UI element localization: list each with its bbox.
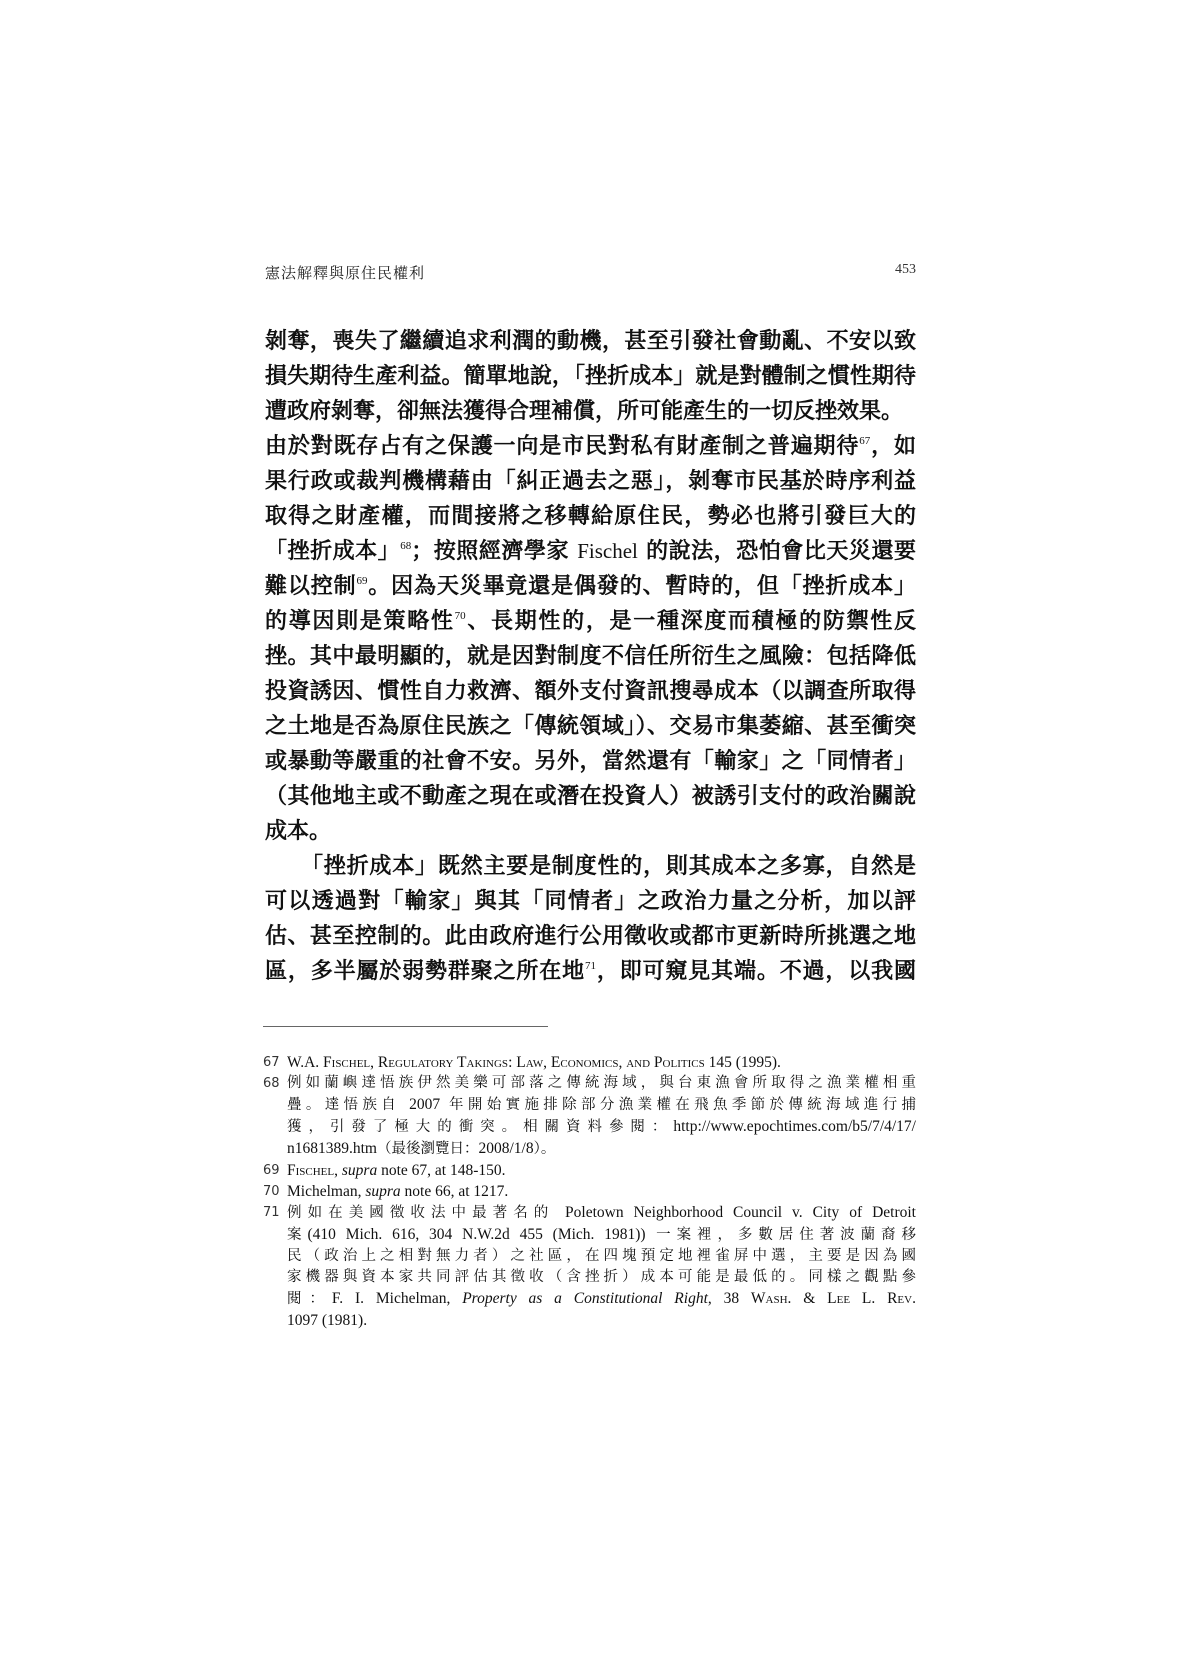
text-run: 年開始實施排除部分漁業權在飛魚季節於傳統海域進行捕 xyxy=(440,1097,916,1113)
text-run: 遭政府剝奪，卻無法獲得合理補償，所可能產生的一切反挫效果。 xyxy=(265,399,903,424)
body-line: 「挫折成本」既然主要是制度性的，則其成本之多寡，自然是 xyxy=(265,849,916,884)
footnote-line: 案(410 Mich. 616, 304 N.W.2d 455 (Mich. 1… xyxy=(287,1224,916,1246)
text-run: 剝奪，喪失了繼續追求利潤的動機，甚至引發社會動亂、不安以致 xyxy=(265,329,916,354)
text-run: 或暴動等嚴重的社會不安。另外，當然還有「輸家」之「同情者」 xyxy=(265,749,916,774)
footnote-number: 71 xyxy=(263,1202,280,1223)
body-line: 果行政或裁判機構藉由「糾正過去之惡」，剝奪市民基於時序利益 xyxy=(265,464,916,499)
year: 2007 xyxy=(409,1096,440,1113)
text-run: 例如在美國徵收法中最著名的 xyxy=(287,1205,565,1221)
body-line: 估、甚至控制的。此由政府進行公用徵收或都市更新時所挑選之地 xyxy=(265,919,916,954)
text-run: 獲，引發了極大的衝突。相關資料參閱： xyxy=(287,1119,673,1135)
page-number: 453 xyxy=(895,262,916,278)
text-run: 之土地是否為原住民族之「傳統領域」）、交易市集萎縮、甚至衝突 xyxy=(265,714,916,739)
book-title: Economics xyxy=(551,1054,619,1071)
footnote-line: 1097 (1981). xyxy=(287,1310,916,1331)
footnote-line: W.A. Fischel, Regulatory Takings: Law, E… xyxy=(287,1052,916,1073)
reference-url[interactable]: http://www.epochtimes.com/b5/7/4/17/ xyxy=(673,1118,916,1135)
footnote-70: 70 Michelman, supra note 66, at 1217. xyxy=(263,1181,916,1202)
body-line: 的導因則是策略性70、長期性的，是一種深度而積極的防禦性反 xyxy=(265,604,916,639)
body-line: 成本。 xyxy=(265,814,916,849)
text-run: 區，多半屬於弱勢群聚之所在地 xyxy=(265,959,585,984)
text-run: 難以控制 xyxy=(265,574,356,599)
text-run: 取得之財產權，而間接將之移轉給原住民，勢必也將引發巨大的 xyxy=(265,504,916,529)
footnote-line: Fischel, supra note 67, at 148-150. xyxy=(287,1160,916,1181)
text-run: 145 (1995). xyxy=(705,1054,781,1071)
case-name: Poletown Neighborhood Council v. City of… xyxy=(565,1204,916,1221)
footnote-separator xyxy=(263,1026,548,1027)
text-run: 1097 (1981). xyxy=(287,1312,367,1329)
text-run: , xyxy=(334,1162,342,1179)
text-run: note 66, at 1217. xyxy=(401,1183,509,1200)
text-run: & xyxy=(791,1290,827,1307)
running-header: 憲法解釋與原住民權利 453 xyxy=(265,262,916,282)
text-run: , 38 xyxy=(708,1290,751,1307)
body-line: 區，多半屬於弱勢群聚之所在地71，即可窺見其端。不過，以我國 xyxy=(265,954,916,989)
footnote-71: 71 例如在美國徵收法中最著名的 Poletown Neighborhood C… xyxy=(263,1202,916,1331)
footnote-ref-68[interactable]: 68 xyxy=(400,540,411,552)
text-run: 「挫折成本」既然主要是制度性的，則其成本之多寡，自然是 xyxy=(301,854,916,879)
body-line: （其他地主或不動產之現在或潛在投資人）被誘引支付的政治關說 xyxy=(265,779,916,814)
text-run: 一案裡，多數居住著波蘭裔移 xyxy=(646,1227,916,1243)
footnote-ref-71[interactable]: 71 xyxy=(585,960,596,972)
author-name: Fischel xyxy=(577,539,638,563)
footnote-ref-69[interactable]: 69 xyxy=(356,575,367,587)
text-run: 的導因則是策略性 xyxy=(265,609,455,634)
footnote-line: 家機器與資本家共同評估其徵收（含挫折）成本可能是最低的。同樣之觀點參 xyxy=(287,1267,916,1288)
text-run: 家機器與資本家共同評估其徵收（含挫折）成本可能是最低的。同樣之觀點參 xyxy=(287,1269,916,1285)
book-title: and Politics xyxy=(626,1054,705,1071)
access-date: 2008/1/8 xyxy=(479,1140,534,1157)
author-name: Fischel xyxy=(323,1054,370,1071)
text-run: W.A. xyxy=(287,1054,323,1071)
text-run: （其他地主或不動產之現在或潛在投資人）被誘引支付的政治關說 xyxy=(265,784,916,809)
footnote-ref-70[interactable]: 70 xyxy=(455,610,466,622)
footnote-line: 疊。達悟族自 2007 年開始實施排除部分漁業權在飛魚季節於傳統海域進行捕 xyxy=(287,1094,916,1116)
text-run: 果行政或裁判機構藉由「糾正過去之惡」，剝奪市民基於時序利益 xyxy=(265,469,916,494)
journal-name: Wash. xyxy=(751,1290,792,1307)
footnote-68: 68 例如蘭嶼達悟族伊然美樂可部落之傳統海域，與台東漁會所取得之漁業權相重 疊。… xyxy=(263,1073,916,1160)
text-run: 案 xyxy=(287,1227,307,1243)
text-run: , xyxy=(370,1054,378,1071)
text-run: 閱： xyxy=(287,1291,332,1307)
body-line: 可以透過對「輸家」與其「同情者」之政治力量之分析，加以評 xyxy=(265,884,916,919)
text-run: 成本。 xyxy=(265,819,331,844)
footnote-number: 67 xyxy=(263,1052,280,1073)
book-title: Regulatory Takings xyxy=(378,1054,508,1071)
reference-url[interactable]: n1681389.htm xyxy=(287,1140,377,1157)
author-name: F. I. Michelman, xyxy=(332,1290,462,1307)
text-run: 挫。其中最明顯的，就是因對制度不信任所衍生之風險：包括降低 xyxy=(265,644,916,669)
text-run: 、長期性的，是一種深度而積極的防禦性反 xyxy=(466,609,916,634)
footnote-ref-67[interactable]: 67 xyxy=(859,435,870,447)
body-line: 投資誘因、慣性自力救濟、額外支付資訊搜尋成本（以調查所取得 xyxy=(265,674,916,709)
text-run: （最後瀏覽日： xyxy=(377,1141,479,1157)
text-run: 疊。達悟族自 xyxy=(287,1097,409,1113)
body-line: 之土地是否為原住民族之「傳統領域」）、交易市集萎縮、甚至衝突 xyxy=(265,709,916,744)
text-run: 估、甚至控制的。此由政府進行公用徵收或都市更新時所挑選之地 xyxy=(265,924,916,949)
text-run: 的說法，恐怕會比天災還要 xyxy=(638,539,916,564)
footnote-number: 70 xyxy=(263,1181,280,1202)
body-line: 「挫折成本」68；按照經濟學家 Fischel 的說法，恐怕會比天災還要 xyxy=(265,534,916,569)
text-run: 。因為天災畢竟還是偶發的、暫時的，但「挫折成本」 xyxy=(367,574,916,599)
footnote-line: 例如在美國徵收法中最著名的 Poletown Neighborhood Coun… xyxy=(287,1202,916,1224)
text-run: note 67, at 148-150. xyxy=(377,1162,505,1179)
author-name: Michelman, xyxy=(287,1183,365,1200)
journal-name: Lee L. Rev. xyxy=(827,1290,916,1307)
text-run: 可以透過對「輸家」與其「同情者」之政治力量之分析，加以評 xyxy=(265,889,916,914)
body-line: 或暴動等嚴重的社會不安。另外，當然還有「輸家」之「同情者」 xyxy=(265,744,916,779)
author-name: Fischel xyxy=(287,1162,334,1179)
footnote-number: 68 xyxy=(263,1073,280,1094)
footnote-line: 例如蘭嶼達悟族伊然美樂可部落之傳統海域，與台東漁會所取得之漁業權相重 xyxy=(287,1073,916,1094)
text-run: 「挫折成本」 xyxy=(265,539,400,564)
text-run: ；按照經濟學家 xyxy=(411,539,577,564)
body-line: 遭政府剝奪，卻無法獲得合理補償，所可能產生的一切反挫效果。 xyxy=(265,394,916,429)
article-title: Property as a Constitutional Right xyxy=(462,1290,708,1307)
footnote-number: 69 xyxy=(263,1160,280,1181)
footnote-line: 閱：F. I. Michelman, Property as a Constit… xyxy=(287,1288,916,1310)
text-run: 民（政治上之相對無力者）之社區，在四塊預定地裡雀屏中選，主要是因為國 xyxy=(287,1248,916,1264)
text-run: supra xyxy=(342,1162,377,1179)
body-line: 挫。其中最明顯的，就是因對制度不信任所衍生之風險：包括降低 xyxy=(265,639,916,674)
footnote-line: 民（政治上之相對無力者）之社區，在四塊預定地裡雀屏中選，主要是因為國 xyxy=(287,1246,916,1267)
text-run: 投資誘因、慣性自力救濟、額外支付資訊搜尋成本（以調查所取得 xyxy=(265,679,916,704)
running-title: 憲法解釋與原住民權利 xyxy=(265,262,425,283)
footnote-67: 67 W.A. Fischel, Regulatory Takings: Law… xyxy=(263,1052,916,1073)
body-line: 剝奪，喪失了繼續追求利潤的動機，甚至引發社會動亂、不安以致 xyxy=(265,324,916,359)
case-citation: (410 Mich. 616, 304 N.W.2d 455 (Mich. 19… xyxy=(307,1226,645,1243)
text-run: 由於對既存占有之保護一向是市民對私有財產制之普遍期待 xyxy=(265,434,859,459)
book-title: Law xyxy=(516,1054,543,1071)
footnote-69: 69 Fischel, supra note 67, at 148-150. xyxy=(263,1160,916,1181)
text-run: ，如 xyxy=(870,434,916,459)
text-run: 例如蘭嶼達悟族伊然美樂可部落之傳統海域，與台東漁會所取得之漁業權相重 xyxy=(287,1075,916,1091)
footnote-line: 獲，引發了極大的衝突。相關資料參閱：http://www.epochtimes.… xyxy=(287,1116,916,1138)
text-run: supra xyxy=(365,1183,400,1200)
text-run: ，即可窺見其端。不過，以我國 xyxy=(596,959,916,984)
text-run: 損失期待生產利益。簡單地說，「挫折成本」就是對體制之慣性期待 xyxy=(265,364,916,389)
text-run: , xyxy=(543,1054,551,1071)
text-run: ）。 xyxy=(534,1141,556,1157)
footnote-line: n1681389.htm（最後瀏覽日：2008/1/8）。 xyxy=(287,1138,916,1160)
body-line: 難以控制69。因為天災畢竟還是偶發的、暫時的，但「挫折成本」 xyxy=(265,569,916,604)
body-line: 取得之財產權，而間接將之移轉給原住民，勢必也將引發巨大的 xyxy=(265,499,916,534)
body-line: 由於對既存占有之保護一向是市民對私有財產制之普遍期待67，如 xyxy=(265,429,916,464)
footnotes: 67 W.A. Fischel, Regulatory Takings: Law… xyxy=(263,1052,916,1331)
body-text: 剝奪，喪失了繼續追求利潤的動機，甚至引發社會動亂、不安以致 損失期待生產利益。簡… xyxy=(265,324,916,989)
footnote-line: Michelman, supra note 66, at 1217. xyxy=(287,1181,916,1202)
body-line: 損失期待生產利益。簡單地說，「挫折成本」就是對體制之慣性期待 xyxy=(265,359,916,394)
